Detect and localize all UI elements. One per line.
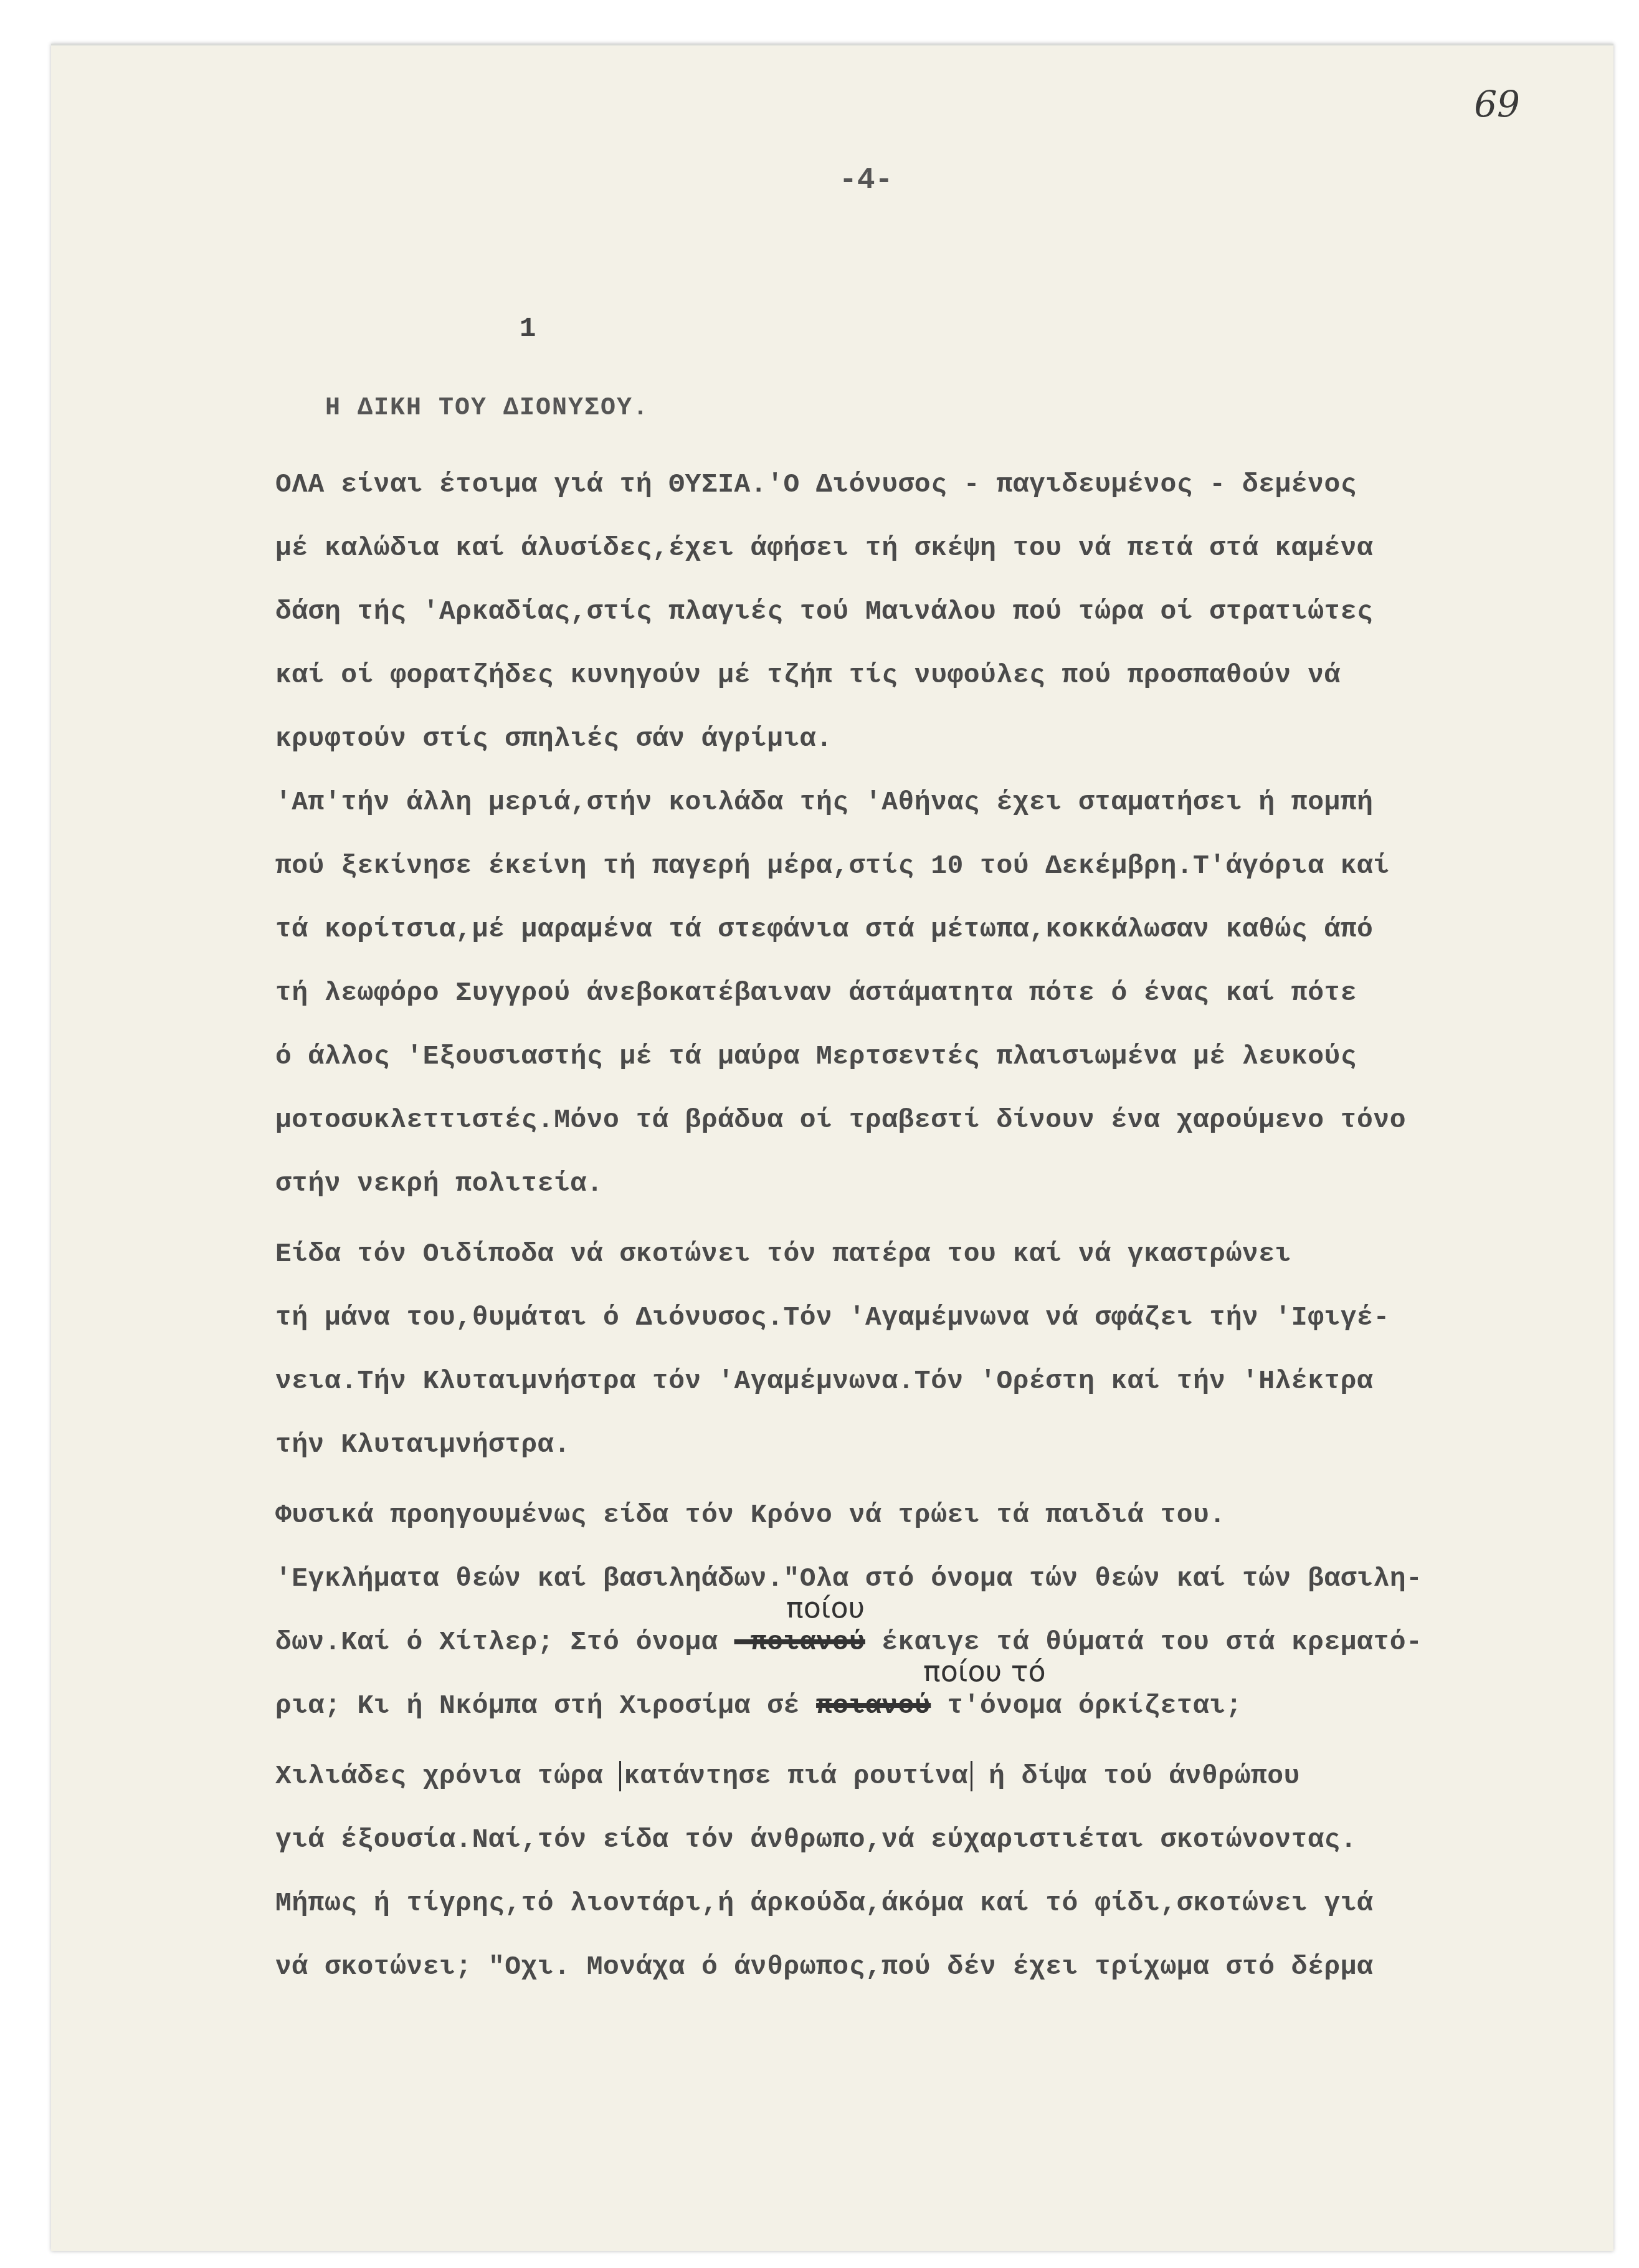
text-line-bracketed: Χιλιάδες χρόνια τώρα κατάντησε πιά ρουτί… [275, 1761, 1596, 1791]
text-line: νά σκοτώνει; "Οχι. Μονάχα ό άνθρωπος,πού… [275, 1951, 1596, 1982]
struck-word: ποιανού [816, 1690, 931, 1721]
folio-number: 69 [1474, 83, 1520, 125]
text-line: στήν νεκρή πολιτεία. [275, 1168, 1596, 1199]
text-line: καί οί φορατζήδες κυνηγούν μέ τζήπ τίς ν… [275, 660, 1596, 690]
handwritten-correction: ποίου τό [923, 1654, 1046, 1688]
handwritten-correction: ποίου [786, 1591, 865, 1624]
text-line-corrected: ρια; Κι ή Νκόμπα στή Χιροσίμα σέ ποιανού… [275, 1690, 1596, 1721]
text-line: νεια.Τήν Κλυταιμνήστρα τόν 'Αγαμέμνωνα.Τ… [275, 1366, 1596, 1396]
page-number: -4- [839, 164, 893, 198]
text-line: 'Εγκλήματα θεών καί βασιληάδων."Ολα στό … [275, 1563, 1596, 1594]
text-line: Φυσικά προηγουμένως είδα τόν Κρόνο νά τρ… [275, 1500, 1596, 1530]
text-line: Μήπως ή τίγρης,τό λιοντάρι,ή άρκούδα,άκό… [275, 1888, 1596, 1918]
text-line: 'Απ'τήν άλλη μεριά,στήν κοιλάδα τής 'Αθή… [275, 787, 1596, 817]
text-line: τά κορίτσια,μέ μαραμένα τά στεφάνια στά … [275, 914, 1596, 945]
text-line: δάση τής 'Αρκαδίας,στίς πλαγιές τού Μαιν… [275, 596, 1596, 627]
typewritten-page: 69 -4- 1 Η ΔΙΚΗ ΤΟΥ ΔΙΟΝΥΣΟΥ. ΟΛΑ είναι … [51, 44, 1613, 2251]
text-line: τή μάνα του,θυμάται ό Διόνυσος.Τόν 'Αγαμ… [275, 1302, 1596, 1333]
text-line: τήν Κλυταιμνήστρα. [275, 1429, 1596, 1460]
text-line: μέ καλώδια καί άλυσίδες,έχει άφήσει τή σ… [275, 533, 1596, 563]
text-line: κρυφτούν στίς σπηλιές σάν άγρίμια. [275, 723, 1596, 754]
bracketed-phrase: κατάντησε πιά ρουτίνα [619, 1761, 972, 1791]
chapter-title: Η ΔΙΚΗ ΤΟΥ ΔΙΟΝΥΣΟΥ. [325, 394, 649, 422]
struck-word: -ποιανού [734, 1627, 865, 1657]
text-line: γιά έξουσία.Ναί,τόν είδα τόν άνθρωπο,νά … [275, 1824, 1596, 1855]
text-line: τή λεωφόρο Συγγρού άνεβοκατέβαιναν άστάμ… [275, 978, 1596, 1008]
text-line: ΟΛΑ είναι έτοιμα γιά τή ΘΥΣΙΑ.'Ο Διόνυσο… [275, 469, 1596, 500]
text-line-corrected: δων.Καί ό Χίτλερ; Στό όνομα -ποιανού έκα… [275, 1627, 1596, 1657]
chapter-number: 1 [520, 313, 536, 345]
text-line: μοτοσυκλεττιστές.Μόνο τά βράδυα οί τραβε… [275, 1105, 1596, 1135]
text-line: Είδα τόν Οιδίποδα νά σκοτώνει τόν πατέρα… [275, 1239, 1596, 1269]
text-line: ό άλλος 'Εξουσιαστής μέ τά μαύρα Μερτσεν… [275, 1041, 1596, 1072]
text-line: πού ξεκίνησε έκείνη τή παγερή μέρα,στίς … [275, 850, 1596, 881]
